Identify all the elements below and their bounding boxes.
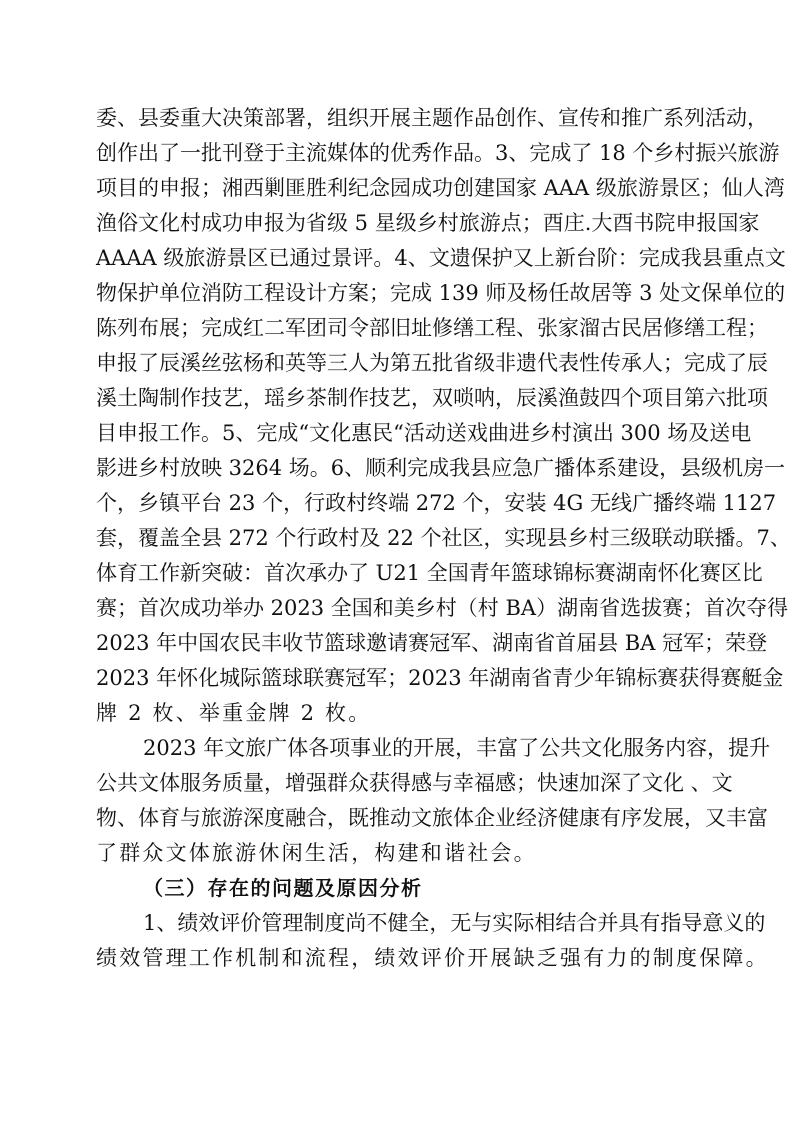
text-line: 物保护单位消防工程设计方案；完成 139 师及杨任故居等 3 处文保单位的	[96, 278, 694, 308]
text-line: 目申报工作。5、完成“文化惠民“活动送戏曲进乡村演出 300 场及送电	[96, 418, 694, 448]
text-line: 个，乡镇平台 23 个，行政村终端 272 个，安装 4G 无线广播终端 112…	[96, 488, 694, 518]
text-line: 项目的申报；湘西剿匪胜利纪念园成功创建国家 AAA 级旅游景区；仙人湾	[96, 173, 694, 203]
text-line: 2023 年中国农民丰收节篮球邀请赛冠军、湖南省首届县 BA 冠军；荣登	[96, 628, 694, 658]
text-line: 赛；首次成功举办 2023 全国和美乡村（村 BA）湖南省选拔赛；首次夺得	[96, 593, 694, 623]
text-line: 牌 2 枚、举重金牌 2 枚。	[96, 698, 694, 728]
text-line: 绩效管理工作机制和流程，绩效评价开展缺乏强有力的制度保障。	[96, 943, 694, 973]
text-line: 创作出了一批刊登于主流媒体的优秀作品。3、完成了 18 个乡村振兴旅游	[96, 138, 694, 168]
text-line: 影进乡村放映 3264 场。6、顺利完成我县应急广播体系建设，县级机房一	[96, 453, 694, 483]
document-page: 委、县委重大决策部署，组织开展主题作品创作、宣传和推广系列活动， 创作出了一批刊…	[0, 0, 793, 1122]
section-heading: （三）存在的问题及原因分析	[143, 873, 694, 903]
text-line: 套，覆盖全县 272 个行政村及 22 个社区，实现县乡村三级联动联播。7、	[96, 523, 694, 553]
text-line: 公共文体服务质量，增强群众获得感与幸福感；快速加深了文化 、文	[96, 768, 694, 798]
text-line: 溪土陶制作技艺，瑶乡茶制作技艺，双唢呐，辰溪渔鼓四个项目第六批项	[96, 383, 694, 413]
text-line: 渔俗文化村成功申报为省级 5 星级乡村旅游点；酉庄.大酉书院申报国家	[96, 208, 694, 238]
text-line: 2023 年怀化城际篮球联赛冠军；2023 年湖南省青少年锦标赛获得赛艇金	[96, 663, 694, 693]
text-line: AAAA 级旅游景区已通过景评。4、文遗保护又上新台阶：完成我县重点文	[96, 243, 694, 273]
text-line: 2023 年文旅广体各项事业的开展，丰富了公共文化服务内容，提升	[143, 733, 694, 763]
text-line: 体育工作新突破：首次承办了 U21 全国青年篮球锦标赛湖南怀化赛区比	[96, 558, 694, 588]
text-line: 申报了辰溪丝弦杨和英等三人为第五批省级非遗代表性传承人；完成了辰	[96, 348, 694, 378]
text-line: 陈列布展；完成红二军团司令部旧址修缮工程、张家溜古民居修缮工程；	[96, 313, 694, 343]
text-line: 物、体育与旅游深度融合，既推动文旅体企业经济健康有序发展，又丰富	[96, 803, 694, 833]
text-line: 委、县委重大决策部署，组织开展主题作品创作、宣传和推广系列活动，	[96, 103, 694, 133]
text-line: 了群众文体旅游休闲生活，构建和谐社会。	[96, 838, 694, 868]
text-line: 1、绩效评价管理制度尚不健全，无与实际相结合并具有指导意义的	[143, 908, 694, 938]
